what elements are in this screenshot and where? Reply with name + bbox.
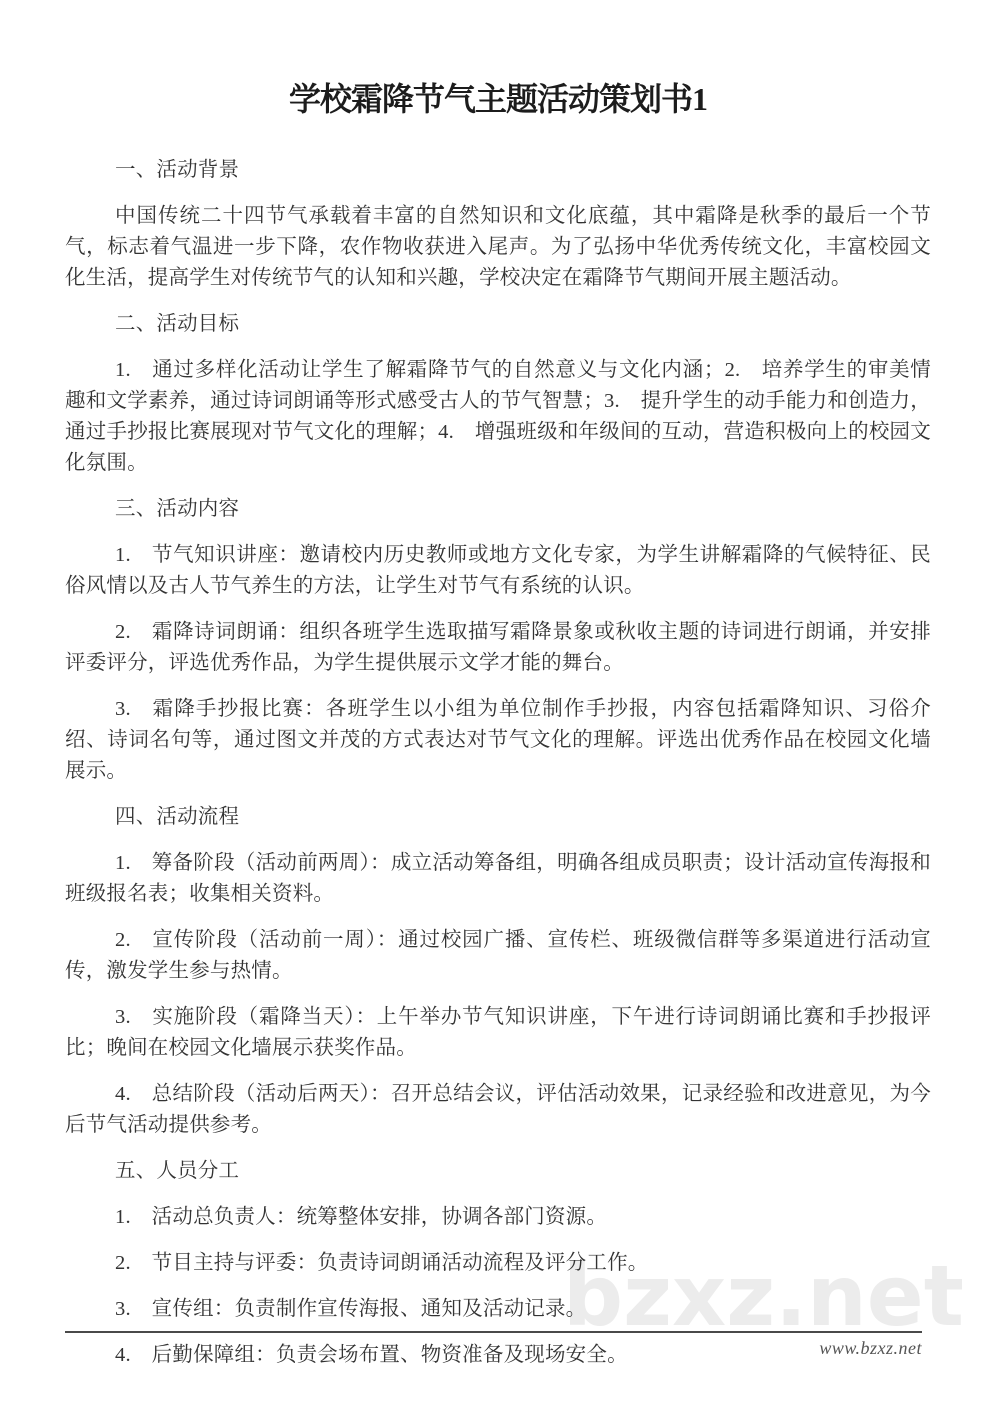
section-heading: 二、活动目标	[65, 309, 931, 340]
section-staffing: 五、人员分工 1. 活动总负责人：统筹整体安排，协调各部门资源。 2. 节目主持…	[65, 1156, 931, 1371]
paragraph: 3. 宣传组：负责制作宣传海报、通知及活动记录。	[65, 1294, 931, 1325]
section-activity-process: 四、活动流程 1. 筹备阶段（活动前两周）：成立活动筹备组，明确各组成员职责；设…	[65, 802, 931, 1141]
paragraph: 4. 总结阶段（活动后两天）：召开总结会议，评估活动效果，记录经验和改进意见，为…	[65, 1079, 931, 1141]
section-activity-goals: 二、活动目标 1. 通过多样化活动让学生了解霜降节气的自然意义与文化内涵；2. …	[65, 309, 931, 479]
paragraph: 2. 宣传阶段（活动前一周）：通过校园广播、宣传栏、班级微信群等多渠道进行活动宣…	[65, 925, 931, 987]
paragraph: 1. 通过多样化活动让学生了解霜降节气的自然意义与文化内涵；2. 培养学生的审美…	[65, 355, 931, 479]
section-activity-background: 一、活动背景 中国传统二十四节气承载着丰富的自然知识和文化底蕴，其中霜降是秋季的…	[65, 155, 931, 294]
section-heading: 三、活动内容	[65, 494, 931, 525]
paragraph: 1. 活动总负责人：统筹整体安排，协调各部门资源。	[65, 1202, 931, 1233]
document-content: 学校霜降节气主题活动策划书1 一、活动背景 中国传统二十四节气承载着丰富的自然知…	[65, 0, 931, 1386]
paragraph: 1. 节气知识讲座：邀请校内历史教师或地方文化专家，为学生讲解霜降的气候特征、民…	[65, 540, 931, 602]
paragraph: 1. 筹备阶段（活动前两周）：成立活动筹备组，明确各组成员职责；设计活动宣传海报…	[65, 848, 931, 910]
section-heading: 四、活动流程	[65, 802, 931, 833]
footer-divider	[65, 1331, 922, 1333]
paragraph: 3. 实施阶段（霜降当天）：上午举办节气知识讲座，下午进行诗词朗诵比赛和手抄报评…	[65, 1002, 931, 1064]
paragraph: 2. 霜降诗词朗诵：组织各班学生选取描写霜降景象或秋收主题的诗词进行朗诵，并安排…	[65, 617, 931, 679]
document-page: bzxz.net 学校霜降节气主题活动策划书1 一、活动背景 中国传统二十四节气…	[0, 0, 993, 1404]
section-activity-content: 三、活动内容 1. 节气知识讲座：邀请校内历史教师或地方文化专家，为学生讲解霜降…	[65, 494, 931, 787]
footer-url: www.bzxz.net	[819, 1337, 922, 1359]
page-title: 学校霜降节气主题活动策划书1	[65, 0, 931, 124]
paragraph: 3. 霜降手抄报比赛：各班学生以小组为单位制作手抄报，内容包括霜降知识、习俗介绍…	[65, 694, 931, 787]
paragraph: 4. 后勤保障组：负责会场布置、物资准备及现场安全。	[65, 1340, 931, 1371]
section-heading: 一、活动背景	[65, 155, 931, 186]
section-heading: 五、人员分工	[65, 1156, 931, 1187]
paragraph: 2. 节目主持与评委：负责诗词朗诵活动流程及评分工作。	[65, 1248, 931, 1279]
paragraph: 中国传统二十四节气承载着丰富的自然知识和文化底蕴，其中霜降是秋季的最后一个节气，…	[65, 201, 931, 294]
